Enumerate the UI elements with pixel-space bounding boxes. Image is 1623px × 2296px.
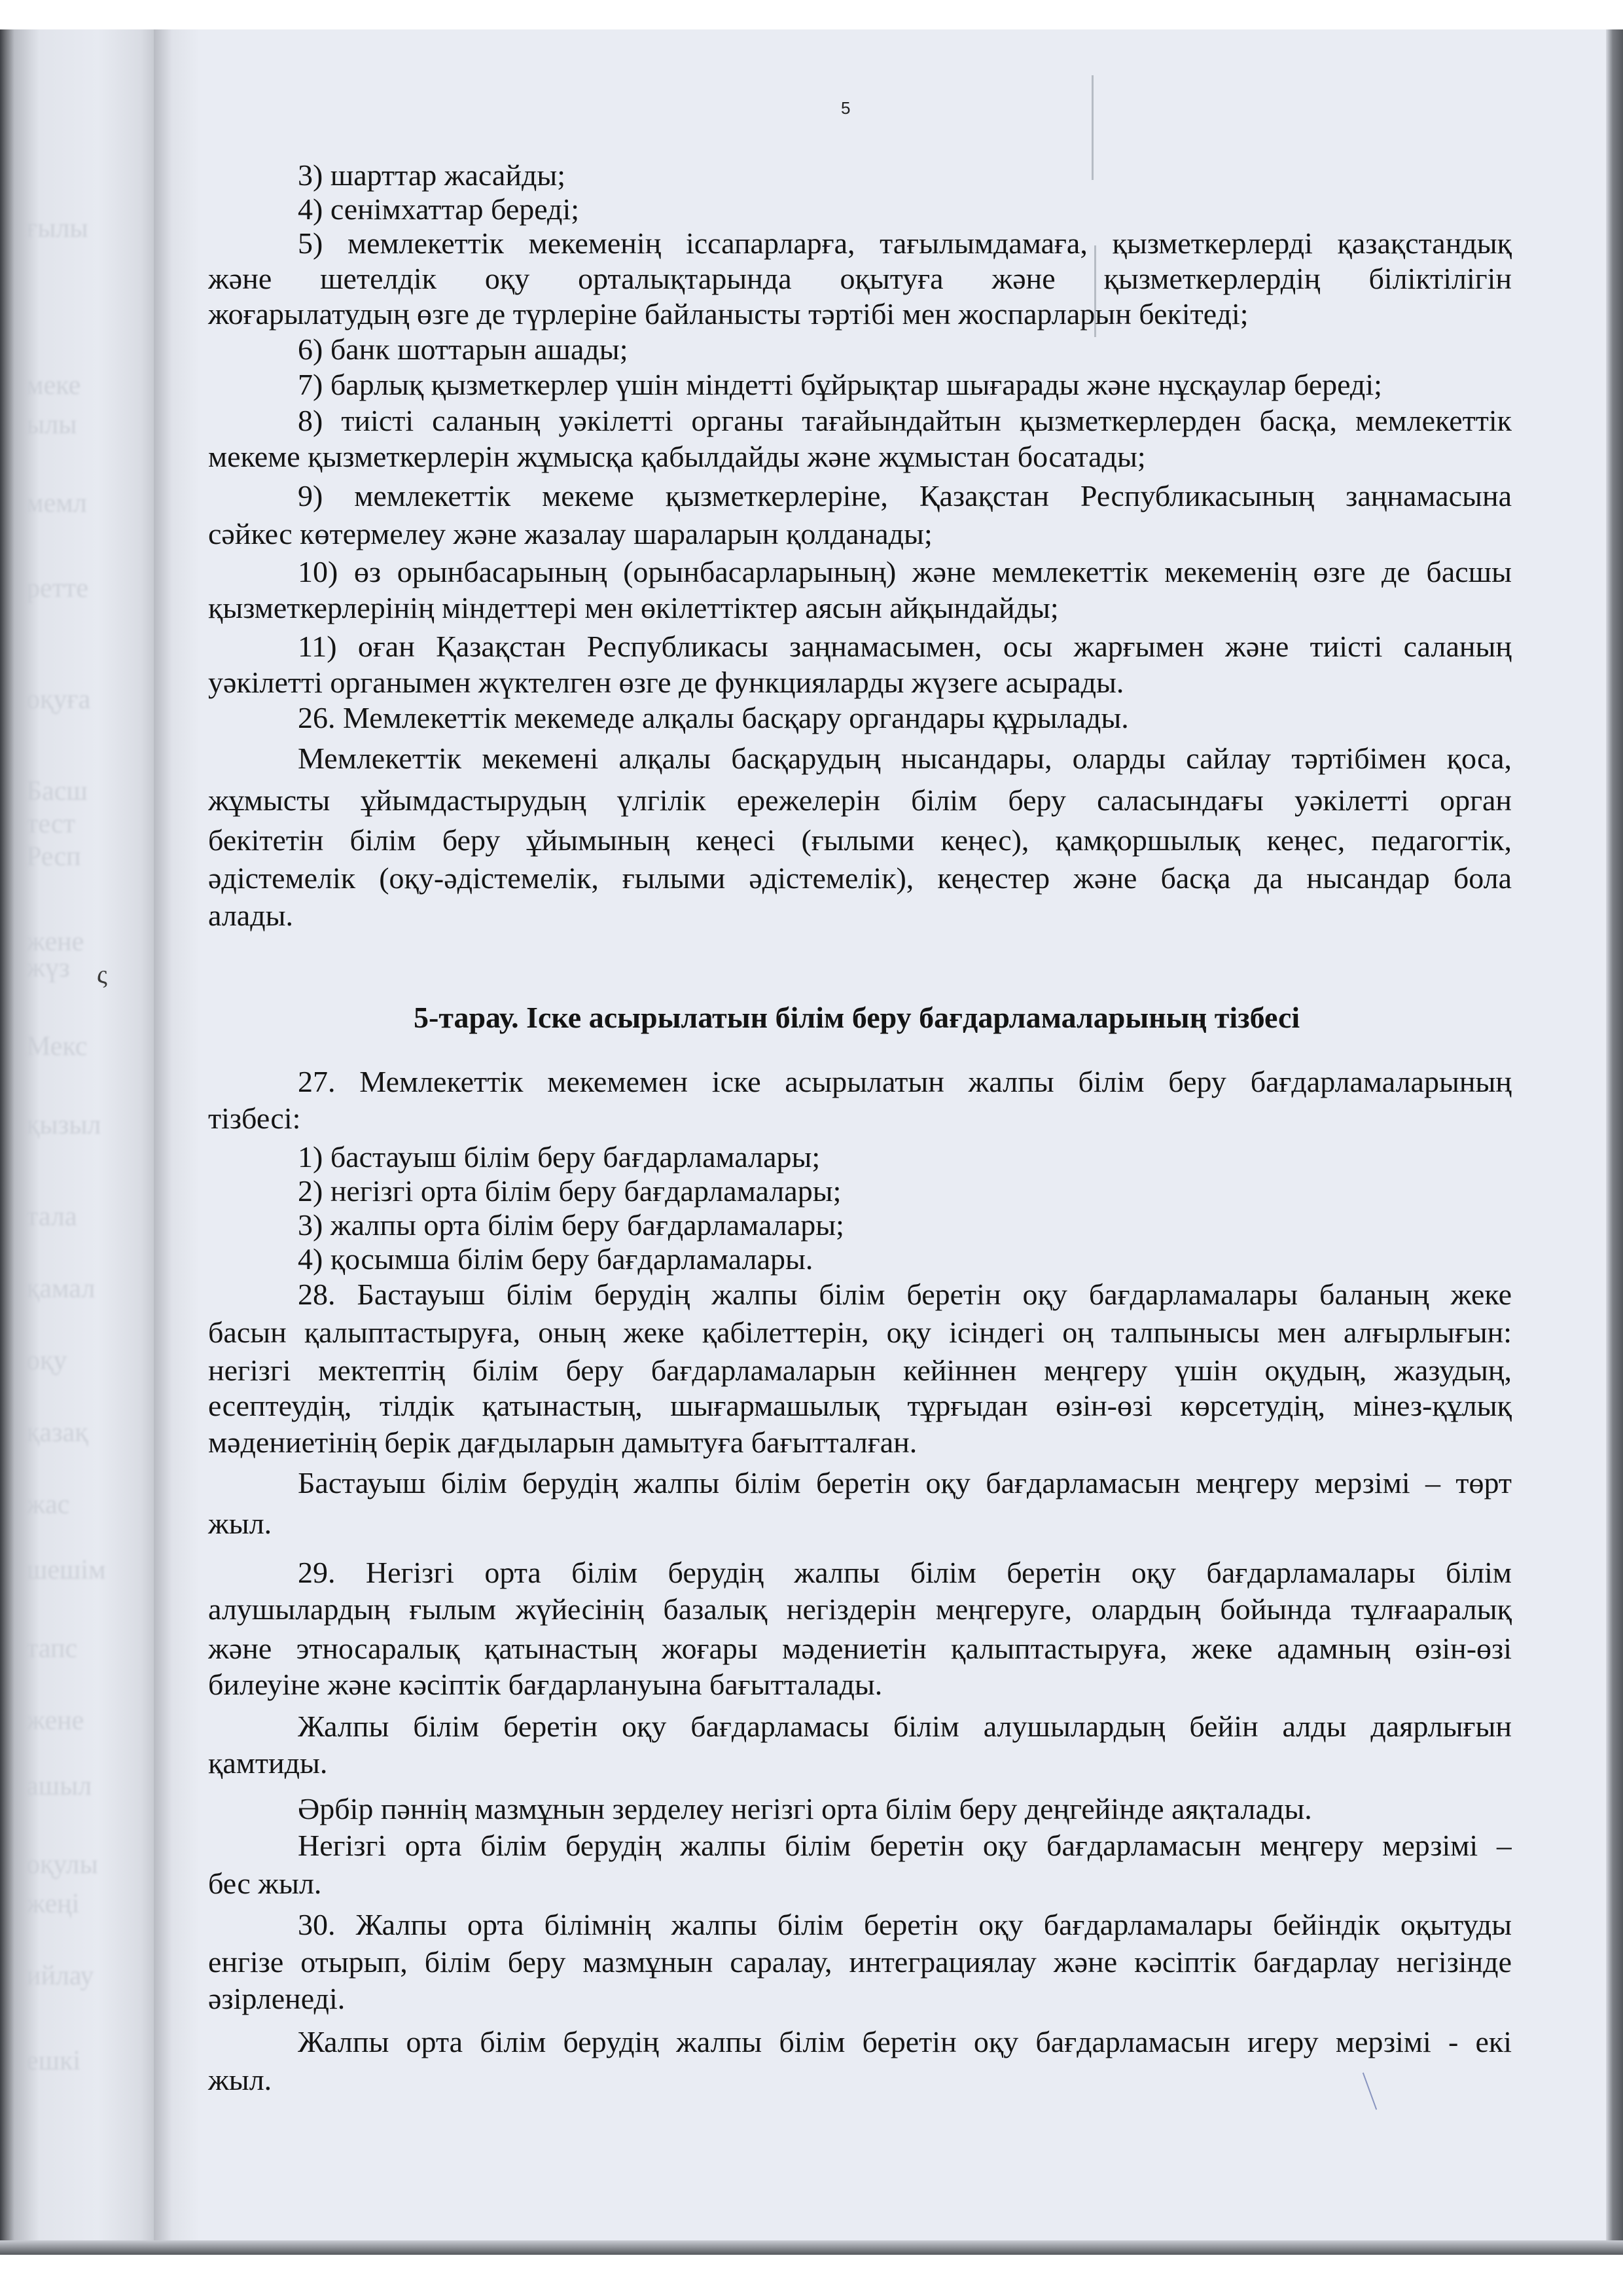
text-line: Мемлекеттік мекемені алқалы басқарудың н… <box>298 742 1512 776</box>
text-line: бекітетін білім беру ұйымының кеңесі (ғы… <box>208 823 1512 857</box>
text-line: 10) өз орынбасарының (орынбасарларының) … <box>298 555 1512 589</box>
adjacent-page-text: ешкі <box>26 2045 80 2077</box>
adjacent-page-text: мемл <box>26 488 87 519</box>
text-line: Әрбір пәннің мазмұнын зерделеу негізгі о… <box>298 1792 1312 1826</box>
scan-artifact <box>1363 2072 1377 2109</box>
text-line: 26. Мемлекеттік мекемеде алқалы басқару … <box>298 701 1129 735</box>
adjacent-page-text: жүз <box>26 952 70 984</box>
text-line: 5) мемлекеттік мекеменің іссапарларға, т… <box>298 226 1512 260</box>
stray-mark: ς <box>97 959 107 990</box>
adjacent-page-text: Мекс <box>26 1031 87 1062</box>
text-line: 4) сенімхаттар береді; <box>298 192 579 226</box>
text-line: 27. Мемлекеттік мекемемен іске асырылаты… <box>298 1065 1512 1099</box>
adjacent-page-text: ийлау <box>26 1960 94 1992</box>
text-line: 9) мемлекеттік мекеме қызметкерлеріне, Қ… <box>298 479 1512 513</box>
text-line: 3) шарттар жасайды; <box>298 158 565 192</box>
text-line: 28. Бастауыш білім берудің жалпы білім б… <box>298 1278 1512 1312</box>
adjacent-page-text: жене <box>26 1705 84 1736</box>
adjacent-page-text: меке <box>26 370 80 401</box>
adjacent-page-text: оқу <box>26 1345 67 1376</box>
text-line: жұмысты ұйымдастырудың үлгілік ережелері… <box>208 783 1512 817</box>
text-line: және этносаралық қатынастың жоғары мәден… <box>208 1632 1512 1666</box>
text-line: бес жыл. <box>208 1867 321 1901</box>
adjacent-page-text: қазақ <box>26 1417 88 1448</box>
text-line: қызметкерлерінің міндеттері мен өкілетті… <box>208 591 1059 625</box>
text-line: 11) оған Қазақстан Республикасы заңнамас… <box>298 630 1512 664</box>
adjacent-page-text: Респ <box>26 841 81 872</box>
text-line: 29. Негізгі орта білім берудің жалпы біл… <box>298 1556 1512 1590</box>
adjacent-page-text: тест <box>26 808 75 840</box>
adjacent-page-text: тапс <box>26 1633 77 1664</box>
text-line: 8) тиісті саланың уәкілетті органы тағай… <box>298 404 1512 438</box>
page-right-edge <box>1606 29 1623 2255</box>
adjacent-page-text: ғылы <box>26 213 88 244</box>
text-line: Негізгі орта білім берудің жалпы білім б… <box>298 1829 1512 1863</box>
scan-artifact <box>1092 75 1094 180</box>
text-line: Жалпы білім беретін оқу бағдарламасы біл… <box>298 1710 1512 1744</box>
adjacent-page-text: ашыл <box>26 1770 92 1802</box>
text-line: 7) барлық қызметкерлер үшін міндетті бұй… <box>298 368 1382 402</box>
text-line: және шетелдік оқу орталықтарында оқытуға… <box>208 262 1512 296</box>
text-line: 3) жалпы орта білім беру бағдарламалары; <box>298 1208 844 1242</box>
adjacent-page-text: оқуға <box>26 684 90 715</box>
text-line: негізгі мектептің білім беру бағдарламал… <box>208 1354 1512 1388</box>
text-line: 2) негізгі орта білім беру бағдарламалар… <box>298 1174 841 1208</box>
section-heading: 5-тарау. Іске асырылатын білім беру бағд… <box>414 1001 1300 1035</box>
text-line: мекеме қызметкерлерін жұмысқа қабылдайды… <box>208 440 1146 474</box>
text-line: мәдениетінің берік дағдыларын дамытуға б… <box>208 1426 917 1460</box>
adjacent-page-text: жас <box>26 1489 69 1520</box>
adjacent-page-text: Басш <box>26 776 88 807</box>
text-line: алады. <box>208 899 293 933</box>
text-line: Жалпы орта білім берудің жалпы білім бер… <box>298 2025 1512 2059</box>
adjacent-page-text: ретте <box>26 573 88 604</box>
binding-shadow <box>154 29 200 2255</box>
text-line: жыл. <box>208 1507 272 1541</box>
text-line: басын қалыптастыруға, оның жеке қабілетт… <box>208 1316 1512 1350</box>
adjacent-page-text: оқулы <box>26 1849 98 1880</box>
text-line: Бастауыш білім берудің жалпы білім берет… <box>298 1466 1512 1500</box>
text-line: әдістемелік (оқу-әдістемелік, ғылыми әді… <box>208 861 1512 895</box>
adjacent-page-text: шешім <box>26 1554 106 1586</box>
text-line: 6) банк шоттарын ашады; <box>298 332 628 367</box>
text-line: 30. Жалпы орта білімнің жалпы білім бере… <box>298 1908 1512 1942</box>
text-line: есептеудің, тілдік қатынастың, шығармашы… <box>208 1389 1512 1423</box>
text-line: әзірленеді. <box>208 1982 345 2016</box>
text-line: 1) бастауыш білім беру бағдарламалары; <box>298 1140 820 1174</box>
adjacent-page-text: тала <box>26 1201 77 1232</box>
text-line: енгізе отырып, білім беру мазмұнын сарал… <box>208 1945 1512 1979</box>
text-line: уәкілетті органымен жүктелген өзге де фу… <box>208 666 1124 700</box>
text-line: тізбесі: <box>208 1102 300 1136</box>
adjacent-page-text: қамал <box>26 1273 95 1304</box>
text-line: жыл. <box>208 2063 272 2097</box>
text-line: 4) қосымша білім беру бағдарламалары. <box>298 1242 813 1276</box>
adjacent-page-text: жеңі <box>26 1888 79 1920</box>
text-line: қамтиды. <box>208 1746 327 1780</box>
page-bottom-edge <box>0 2240 1623 2255</box>
adjacent-page-text: ылы <box>26 409 77 440</box>
text-line: алушылардың ғылым жүйесінің базалық негі… <box>208 1592 1512 1626</box>
adjacent-page-text: қызыл <box>26 1109 101 1141</box>
text-line: билеуіне және кәсіптік бағдарлануына бағ… <box>208 1668 882 1702</box>
page-number: 5 <box>841 98 850 118</box>
text-line: жоғарылатудың өзге де түрлеріне байланыс… <box>208 297 1249 331</box>
text-line: сәйкес көтермелеу және жазалау шараларын… <box>208 517 933 551</box>
adjacent-page-edge: ғылымекеылымемлреттеоқуғаБасштестРеспжен… <box>0 29 154 2255</box>
